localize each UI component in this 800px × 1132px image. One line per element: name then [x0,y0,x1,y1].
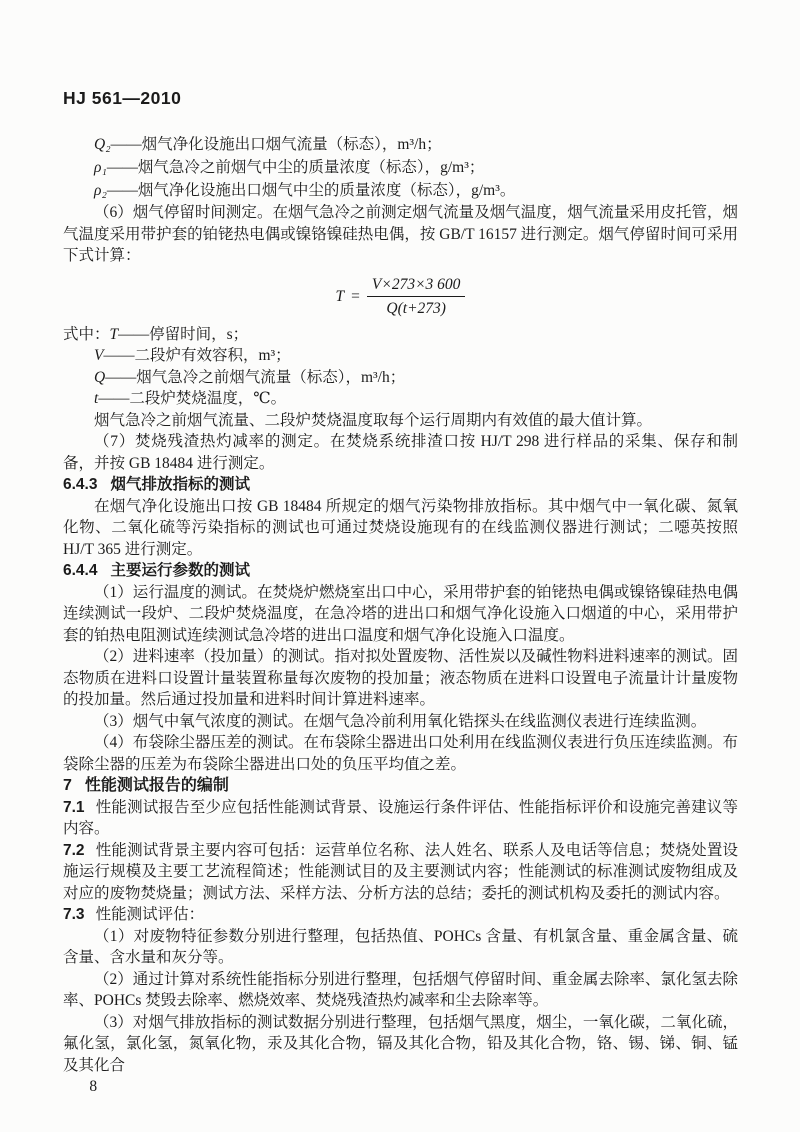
symbol-var: ρ₁ [94,159,107,176]
where-note: 烟气急冷之前烟气流量、二段炉焚烧温度取每个运行周期内有效值的最大值计算。 [63,410,738,432]
where-clause-line: t——二段炉焚烧温度，℃。 [63,388,738,410]
formula-equals: = [351,287,360,306]
clause-text: 性能测试背景主要内容可包括：运营单位名称、法人姓名、联系人及电话等信息；焚烧处置… [63,842,738,902]
clause-7-3: 7.3性能测试评估： [63,904,738,926]
clause-7-1: 7.1性能测试报告至少应包括性能测试背景、设施运行条件评估、性能指标评价和设施完… [63,797,738,840]
where-var: T [110,326,119,343]
where-clause-line: Q——烟气急冷之前烟气流量（标态），m³/h； [63,367,738,389]
para-6-4-4-item: （3）烟气中氧气浓度的测试。在烟气急冷前利用氧化锆探头在线监测仪表进行连续监测。 [63,711,738,733]
heading-title: 性能测试报告的编制 [85,777,229,794]
heading-7: 7性能测试报告的编制 [63,775,738,797]
symbol-definition-text: ——烟气急冷之前烟气中尘的质量浓度（标态），g/m³； [107,159,485,176]
para-6-4-4-item: （2）进料速率（投加量）的测试。指对拟处置废物、活性炭以及碱性物料进料速率的测试… [63,646,738,711]
symbol-definition: ρ₁——烟气急冷之前烟气中尘的质量浓度（标态），g/m³； [63,156,738,179]
heading-title: 主要运行参数的测试 [110,562,250,579]
formula-denominator: Q(t+273) [367,296,466,318]
symbol-var: Q₂ [94,136,111,153]
formula-fraction: V×273×3 600 Q(t+273) [367,275,466,318]
document-body: Q₂——烟气净化设施出口烟气流量（标态），m³/h； ρ₁——烟气急冷之前烟气中… [63,133,738,1098]
where-text: ——停留时间，s； [118,326,248,343]
clause-text: 性能测试报告至少应包括性能测试背景、设施运行条件评估、性能指标评价和设施完善建议… [63,799,738,838]
heading-number: 6.4.4 [63,562,97,579]
para-6-4-4-item: （1）运行温度的测试。在焚烧炉燃烧室出口中心，采用带护套的铂铑热电偶或镍铬镍硅热… [63,582,738,647]
where-text: ——烟气急冷之前烟气流量（标态），m³/h； [105,369,405,386]
para-item-6: （6）烟气停留时间测定。在烟气急冷之前测定烟气流量及烟气温度，烟气流量采用皮托管… [63,202,738,267]
heading-6-4-4: 6.4.4主要运行参数的测试 [63,560,738,582]
symbol-definition: ρ₂——烟气净化设施出口烟气中尘的质量浓度（标态），g/m³。 [63,179,738,202]
clause-number: 7.1 [63,799,85,816]
heading-number: 7 [63,777,72,794]
formula-numerator: V×273×3 600 [367,275,466,296]
where-clause-line: V——二段炉有效容积，m³； [63,345,738,367]
where-var: Q [94,369,105,386]
formula-lhs: T [336,287,345,306]
heading-6-4-3: 6.4.3烟气排放指标的测试 [63,474,738,496]
where-text: ——二段炉焚烧温度，℃。 [98,390,286,407]
retention-time-formula: T = V×273×3 600 Q(t+273) [63,275,738,318]
para-item-7: （7）焚烧残渣热灼减率的测定。在焚烧系统排渣口按 HJ/T 298 进行样品的采… [63,431,738,474]
para-7-3-item: （3）对烟气排放指标的测试数据分别进行整理，包括烟气黑度，烟尘，一氧化碳，二氧化… [63,1012,738,1077]
symbol-definition: Q₂——烟气净化设施出口烟气流量（标态），m³/h； [63,133,738,156]
standard-number: HJ 561—2010 [63,88,738,109]
para-6-4-3: 在烟气净化设施出口按 GB 18484 所规定的烟气污染物排放指标。其中烟气中一… [63,496,738,561]
symbol-definition-text: ——烟气净化设施出口烟气流量（标态），m³/h； [111,136,442,153]
document-page: HJ 561—2010 Q₂——烟气净化设施出口烟气流量（标态），m³/h； ρ… [0,0,800,1132]
page-number: 8 [63,1076,738,1098]
clause-7-2: 7.2性能测试背景主要内容可包括：运营单位名称、法人姓名、联系人及电话等信息；焚… [63,840,738,905]
where-label: 式中： [63,326,110,343]
where-text: ——二段炉有效容积，m³； [103,347,290,364]
para-7-3-item: （2）通过计算对系统性能指标分别进行整理，包括烟气停留时间、重金属去除率、氯化氢… [63,969,738,1012]
heading-number: 6.4.3 [63,476,97,493]
para-7-3-item: （1）对废物特征参数分别进行整理，包括热值、POHCs 含量、有机氯含量、重金属… [63,926,738,969]
symbol-var: ρ₂ [94,182,107,199]
clause-number: 7.2 [63,842,85,859]
para-6-4-4-item: （4）布袋除尘器压差的测试。在布袋除尘器进出口处利用在线监测仪表进行负压连续监测… [63,732,738,775]
where-clause-first-line: 式中：T——停留时间，s； [63,324,738,346]
symbol-definition-text: ——烟气净化设施出口烟气中尘的质量浓度（标态），g/m³。 [107,182,516,199]
clause-text: 性能测试评估： [96,906,205,923]
clause-number: 7.3 [63,906,85,923]
heading-title: 烟气排放指标的测试 [110,476,250,493]
